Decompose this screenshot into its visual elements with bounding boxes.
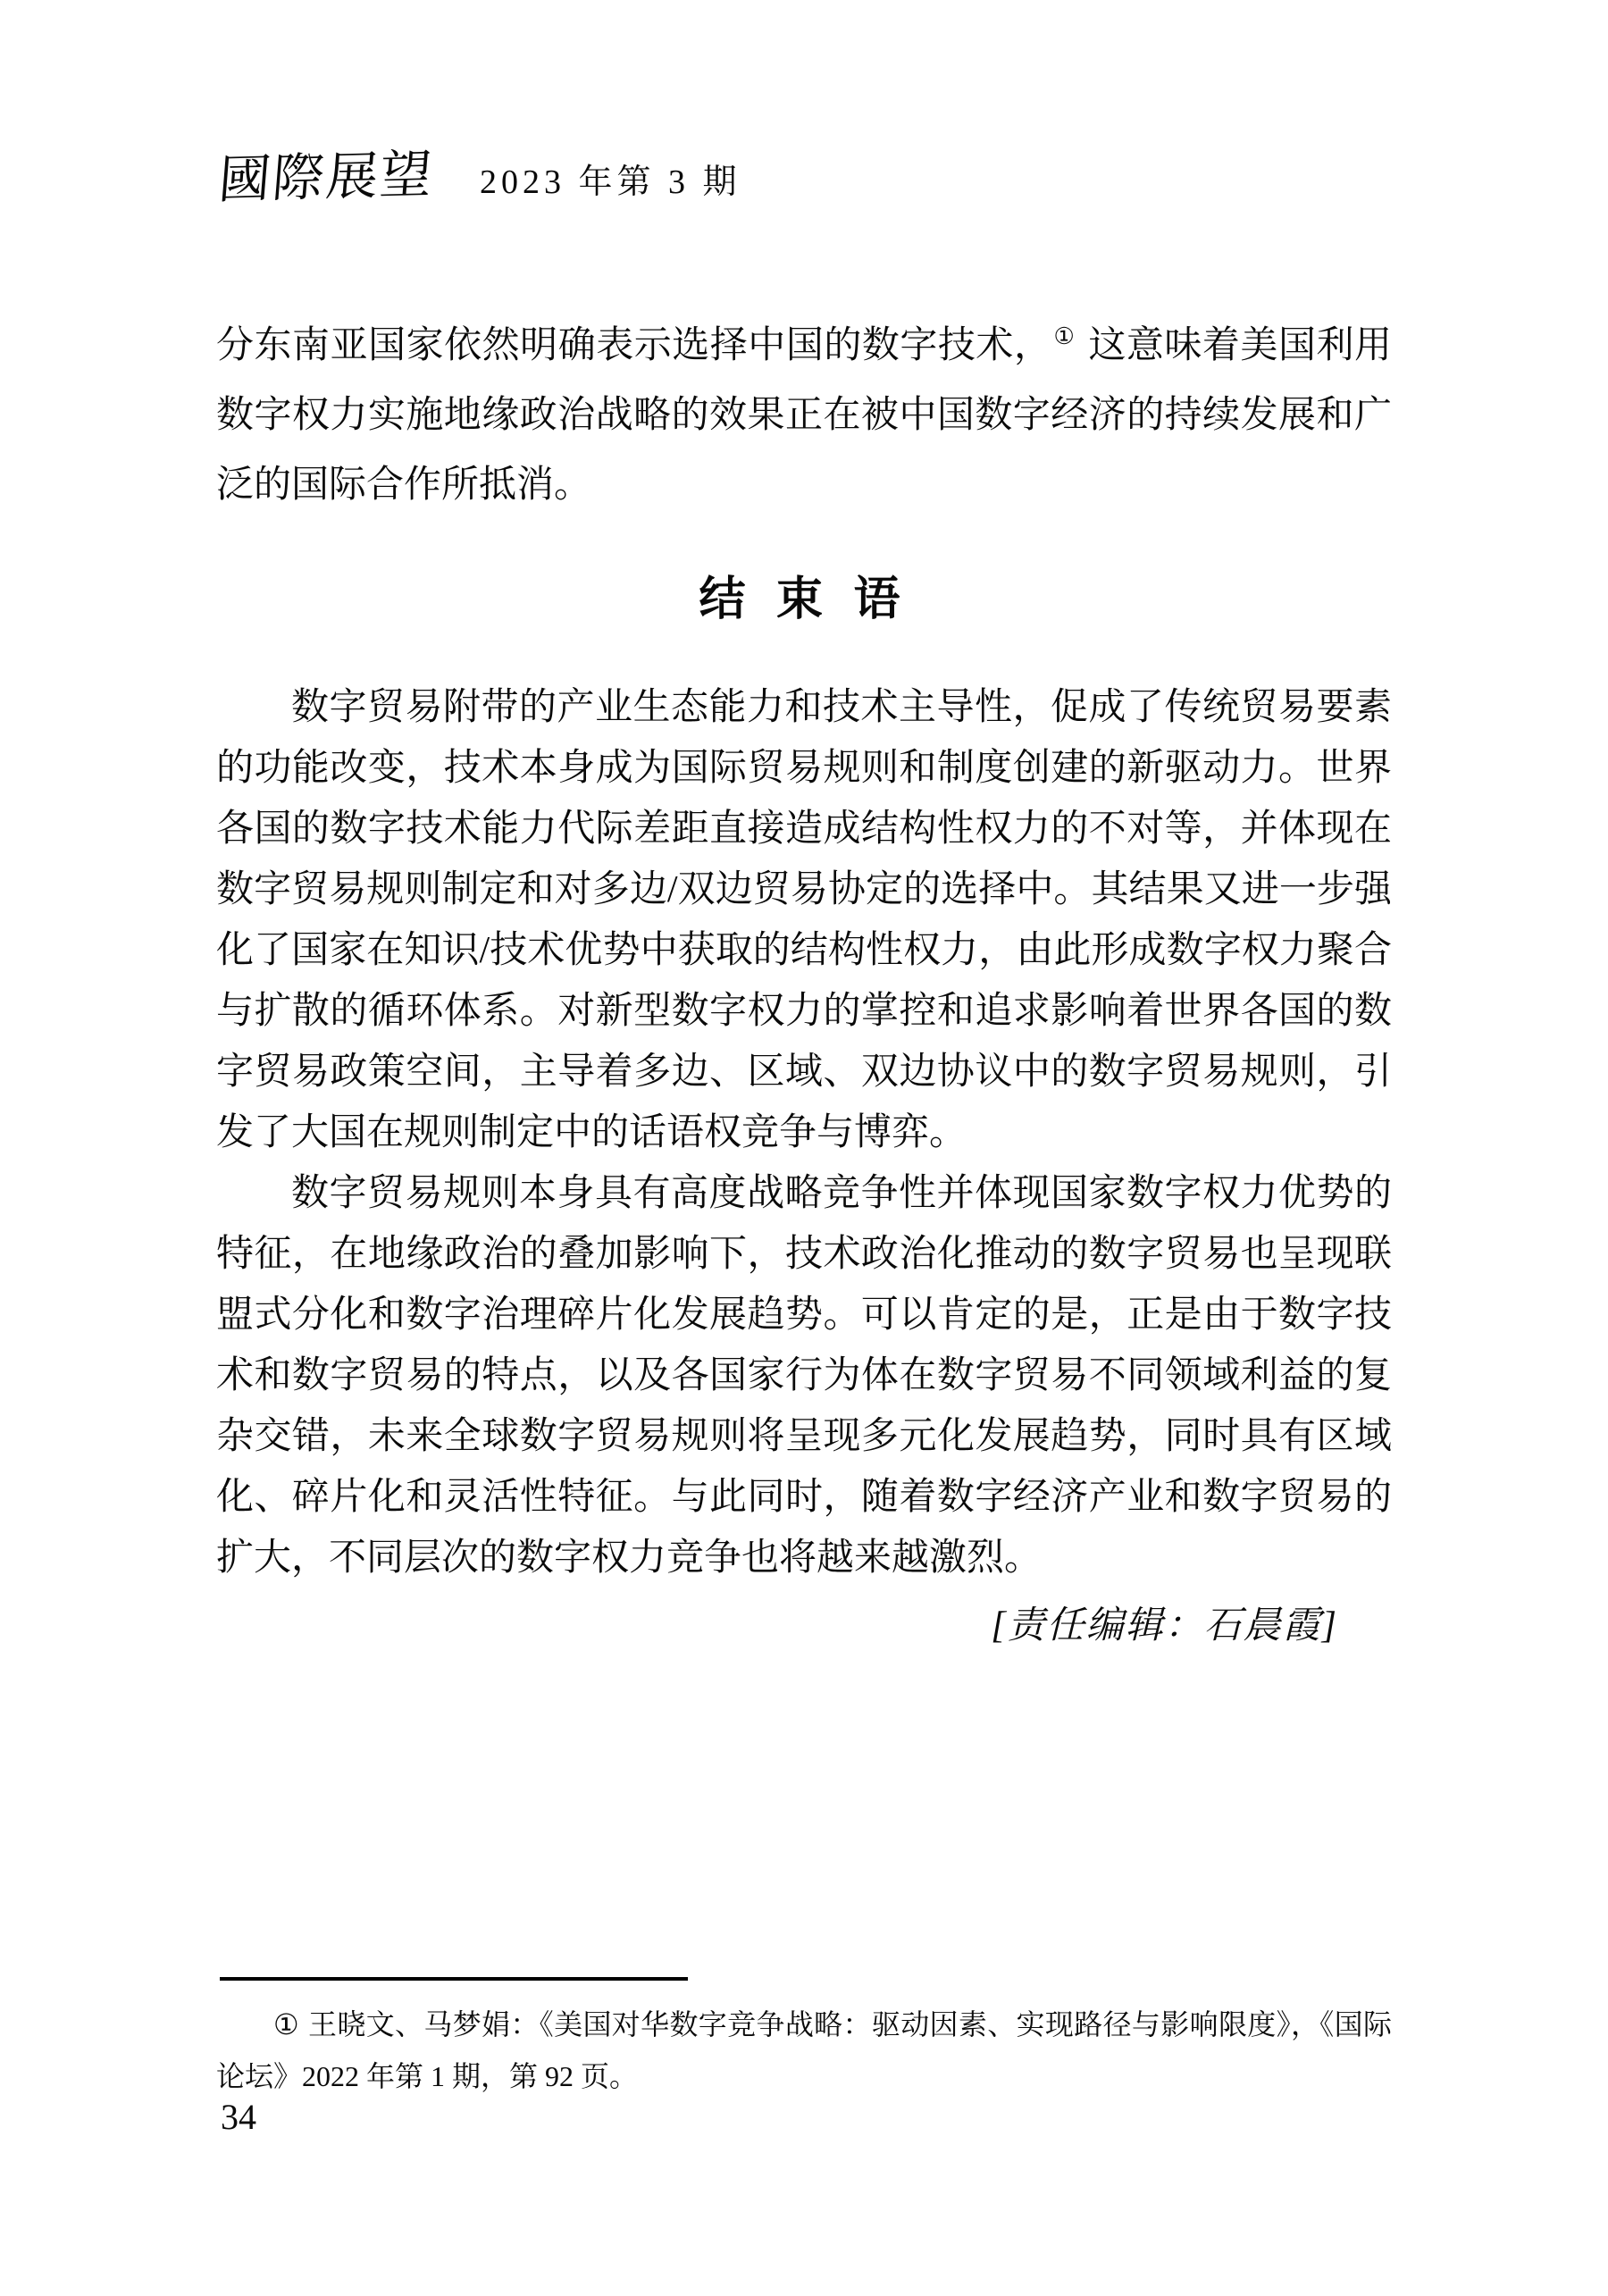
- editor-note: [责任编辑：石晨霞]: [216, 1596, 1392, 1656]
- body-paragraph-2: 数字贸易规则本身具有高度战略竞争性并体现国家数字权力优势的特征，在地缘政治的叠加…: [216, 1163, 1392, 1588]
- page-number: 34: [221, 2098, 256, 2137]
- footnote: ①王晓文、马梦娟：《美国对华数字竞争战略：驱动因素、实现路径与影响限度》，《国际…: [216, 1999, 1392, 2102]
- intro-text-before: 分东南亚国家依然明确表示选择中国的数字技术，: [216, 325, 1051, 366]
- footnote-block: ①王晓文、马梦娟：《美国对华数字竞争战略：驱动因素、实现路径与影响限度》，《国际…: [216, 1977, 1392, 2102]
- footnote-marker: ①: [273, 2008, 308, 2040]
- footnote-separator: [220, 1977, 688, 1981]
- issue-label: 2023 年第 3 期: [480, 159, 741, 205]
- intro-paragraph: 分东南亚国家依然明确表示选择中国的数字技术，① 这意味着美国利用数字权力实施地缘…: [216, 311, 1392, 520]
- footnote-ref-marker: ①: [1051, 323, 1078, 349]
- page-header: 國際展望 2023 年第 3 期: [219, 150, 741, 205]
- section-heading: 结 束 语: [216, 567, 1392, 632]
- journal-page: 國際展望 2023 年第 3 期 分东南亚国家依然明确表示选择中国的数字技术，①…: [0, 0, 1608, 2296]
- footnote-text: 王晓文、马梦娟：《美国对华数字竞争战略：驱动因素、实现路径与影响限度》，《国际论…: [216, 2008, 1392, 2092]
- body-paragraph-1: 数字贸易附带的产业生态能力和技术主导性，促成了传统贸易要素的功能改变，技术本身成…: [216, 677, 1392, 1163]
- journal-logo: 國際展望: [216, 147, 435, 208]
- body-column: 数字贸易附带的产业生态能力和技术主导性，促成了传统贸易要素的功能改变，技术本身成…: [216, 677, 1392, 1656]
